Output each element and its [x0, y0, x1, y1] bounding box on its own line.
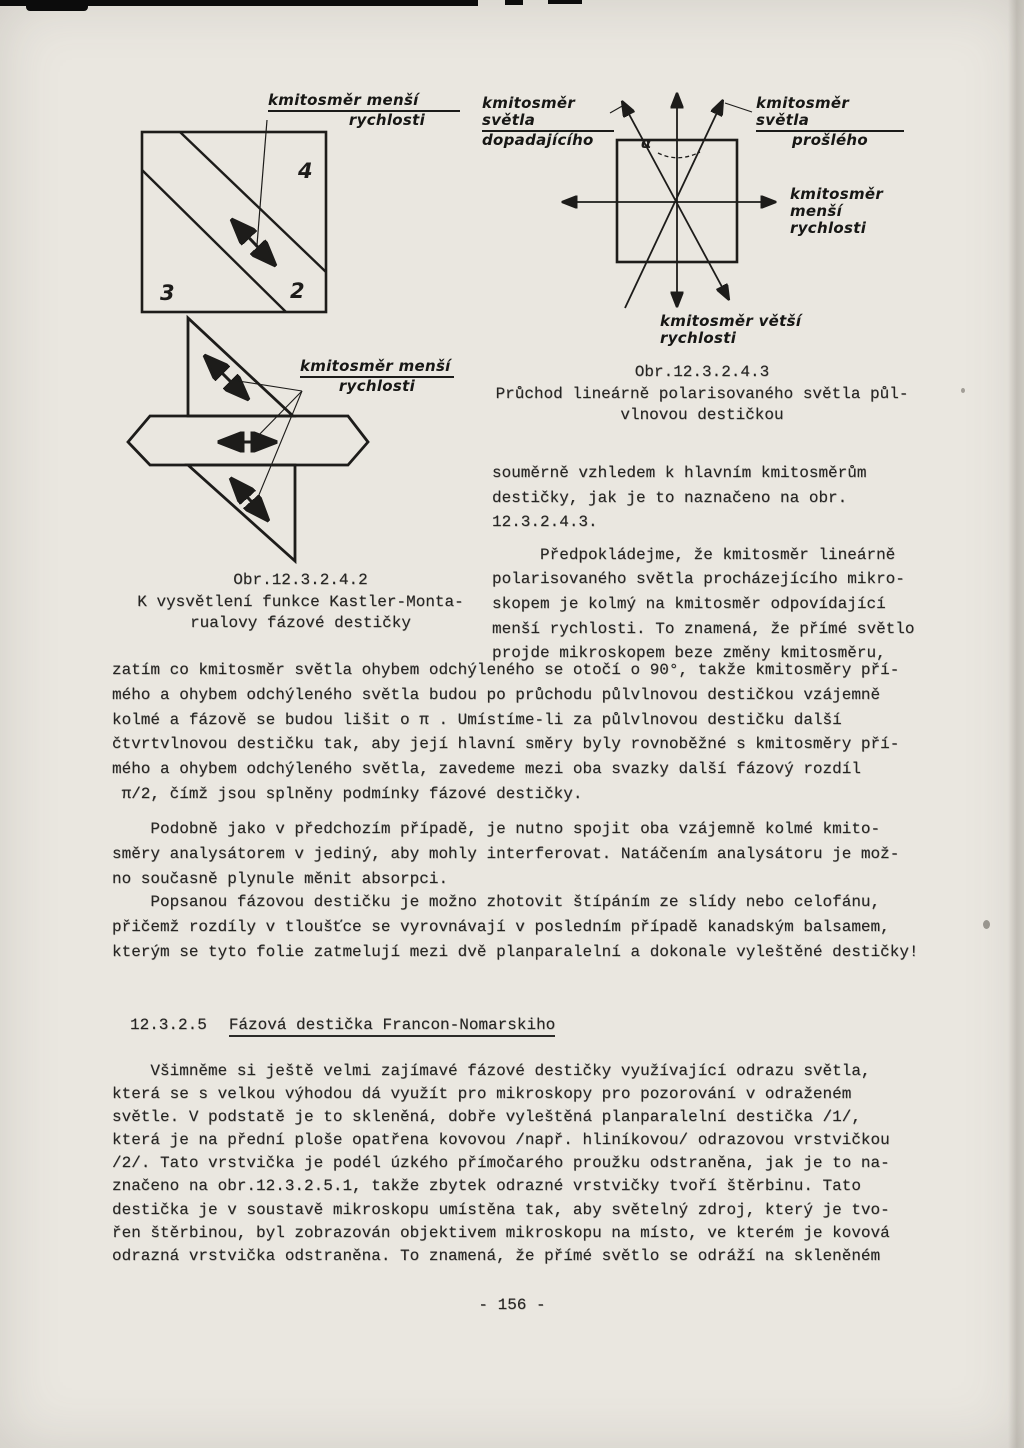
text-line: zatím co kmitosměr světla ohybem odchýle… — [112, 658, 952, 683]
right-column-text: souměrně vzhledem k hlavním kmitosměrůmd… — [492, 461, 932, 666]
text-line: /2/. Tato vrstvička je podél úzkého přím… — [112, 1152, 952, 1175]
text-line: menší rychlosti. To znamená, že přímé sv… — [492, 617, 932, 642]
right-column-para1: souměrně vzhledem k hlavním kmitosměrůmd… — [492, 461, 932, 535]
text-line: Všimněme si ještě velmi zajímavé fázové … — [112, 1060, 952, 1083]
text-line: mého a ohybem odchýleného světla budou p… — [112, 683, 952, 708]
figure-vibration-cross-diagram: α kmitosměr světla dopadajícího kmitosmě… — [478, 85, 924, 367]
section-heading: 12.3.2.5Fázová destička Francon-Nomarski… — [130, 1016, 830, 1034]
label-line: rychlosti — [268, 112, 460, 129]
text-line: kterým se tyto folie zatmelují mezi dvě … — [112, 940, 952, 965]
text-line: čtvrtvlnovou destičku tak, aby její hlav… — [112, 732, 952, 757]
label-line: kmitosměr světla — [482, 95, 614, 132]
label-line: rychlosti — [790, 220, 900, 237]
lower-triangle-plate — [188, 465, 295, 561]
text-line: Průchod lineárně polarisovaného světla p… — [478, 384, 926, 406]
scanned-document-page: 4 3 2 kmitosměr menší rychlosti α — [0, 0, 1024, 1448]
body-paragraph-3: Popsanou fázovou destičku je možno zhoto… — [112, 890, 952, 964]
text-line: souměrně vzhledem k hlavním kmitosměrům — [492, 461, 932, 486]
label-transmitted-light: kmitosměr světla prošlého — [756, 95, 904, 149]
text-line: která je na přední ploše opatřena kovovo… — [112, 1129, 952, 1152]
right-column-para2: Předpokládejme, že kmitosměr lineárněpol… — [492, 543, 932, 666]
label-line: kmitosměr menší — [300, 358, 454, 378]
scan-edge-artifact-speck2 — [548, 0, 582, 4]
text-line: značeno na obr.12.3.2.5.1, takže zbytek … — [112, 1175, 952, 1198]
text-line: destička je v soustavě mikroskopu umístě… — [112, 1199, 952, 1222]
section-number: 12.3.2.5 — [130, 1016, 207, 1034]
text-line: polarisovaného světla procházejícího mik… — [492, 567, 932, 592]
alpha-angle-arc — [658, 152, 700, 158]
band-line-1 — [180, 132, 326, 272]
caption-title: Obr.12.3.2.4.2 — [128, 570, 473, 592]
text-line: no současně plynule měnit absorpci. — [112, 867, 952, 892]
plate-stack-drawing — [110, 296, 490, 581]
text-line: Předpokládejme, že kmitosměr lineárně — [492, 543, 932, 568]
caption-text: K vysvětlení funkce Kastler-Monta-rualov… — [128, 592, 473, 635]
caption-fig-12-3-2-4-2: Obr.12.3.2.4.2 K vysvětlení funkce Kastl… — [128, 570, 473, 635]
text-line: π/2, čímž jsou splněny podmínky fázové d… — [112, 782, 952, 807]
text-line: která se s velkou výhodou dá využít pro … — [112, 1083, 952, 1106]
text-line: Podobně jako v předchozím případě, je nu… — [112, 817, 952, 842]
figure-half-wave-plate-square: 4 3 2 kmitosměr menší rychlosti — [130, 88, 492, 326]
label-fast-direction: kmitosměr větší rychlosti — [660, 313, 820, 347]
transmitted-label-pointer — [725, 103, 752, 112]
figure-plate-stack-3d: kmitosměr menší rychlosti — [110, 296, 490, 581]
text-line: destičky, jak je to naznačeno na obr. — [492, 486, 932, 511]
label-slow-direction: kmitosměr menší rychlosti — [790, 186, 900, 237]
text-line: odrazná vrstvička odstraněna. To znamená… — [112, 1245, 952, 1268]
body-paragraph-1: zatím co kmitosměr světla ohybem odchýle… — [112, 658, 952, 807]
region-number-4: 4 — [297, 159, 313, 183]
label-line: prošlého — [756, 132, 904, 149]
text-line: přičemž rozdíly v tloušťce se vyrovnávaj… — [112, 915, 952, 940]
label-line: kmitosměr větší — [660, 313, 820, 330]
upper-triangle-plate — [188, 318, 293, 416]
body-paragraph-4: Všimněme si ještě velmi zajímavé fázové … — [112, 1060, 952, 1268]
text-line: směry analysátorem v jediný, aby mohly i… — [112, 842, 952, 867]
label-line: rychlosti — [300, 378, 454, 395]
label-line: kmitosměr světla — [756, 95, 904, 132]
vibration-direction-arrow — [234, 222, 273, 263]
text-line: kolmé a fázově se budou lišit o π . Umís… — [112, 708, 952, 733]
body-paragraph-2: Podobně jako v předchozím případě, je nu… — [112, 817, 952, 891]
text-line: K vysvětlení funkce Kastler-Monta- — [128, 592, 473, 614]
page-number: - 156 - — [0, 1296, 1024, 1314]
scan-page-edge — [1008, 0, 1024, 1448]
label-line: menší — [790, 203, 900, 220]
caption-text: Průchod lineárně polarisovaného světla p… — [478, 384, 926, 427]
section-title: Fázová destička Francon-Nomarskiho — [229, 1016, 555, 1037]
label-slow-direction-squareplate: kmitosměr menší rychlosti — [268, 92, 460, 129]
label-incident-light: kmitosměr světla dopadajícího — [482, 95, 614, 149]
caption-fig-12-3-2-4-3: Obr.12.3.2.4.3 Průchod lineárně polariso… — [478, 362, 926, 427]
text-line: 12.3.2.4.3. — [492, 510, 932, 535]
label-line: kmitosměr menší — [268, 92, 460, 112]
scan-edge-artifact-speck1 — [505, 0, 523, 5]
vibration-arrow-upper — [207, 358, 246, 397]
vibration-arrow-lower — [233, 481, 266, 518]
label-line: rychlosti — [660, 330, 820, 347]
label-pointer-upper — [232, 380, 302, 391]
text-line: Popsanou fázovou destičku je možno zhoto… — [112, 890, 952, 915]
label-line: dopadajícího — [482, 131, 594, 149]
text-line: řen štěrbinou, byl zobrazován objektivem… — [112, 1222, 952, 1245]
text-line: skopem je kolmý na kmitosměr odpovídajíc… — [492, 592, 932, 617]
text-line: mého a ohybem odchýleného světla, zavede… — [112, 757, 952, 782]
scan-edge-artifact-blob — [26, 0, 88, 11]
label-slow-direction-stack: kmitosměr menší rychlosti — [300, 358, 454, 395]
label-line: kmitosměr — [790, 186, 900, 203]
text-line: světle. V podstatě je to skleněná, dobře… — [112, 1106, 952, 1129]
text-line: rualovy fázové destičky — [128, 613, 473, 635]
label-pointer-line — [257, 120, 267, 245]
ink-speck — [961, 388, 965, 393]
ink-speck — [983, 920, 990, 929]
alpha-angle-label: α — [641, 134, 652, 152]
text-line: vlnovou destičkou — [478, 405, 926, 427]
caption-title: Obr.12.3.2.4.3 — [478, 362, 926, 384]
